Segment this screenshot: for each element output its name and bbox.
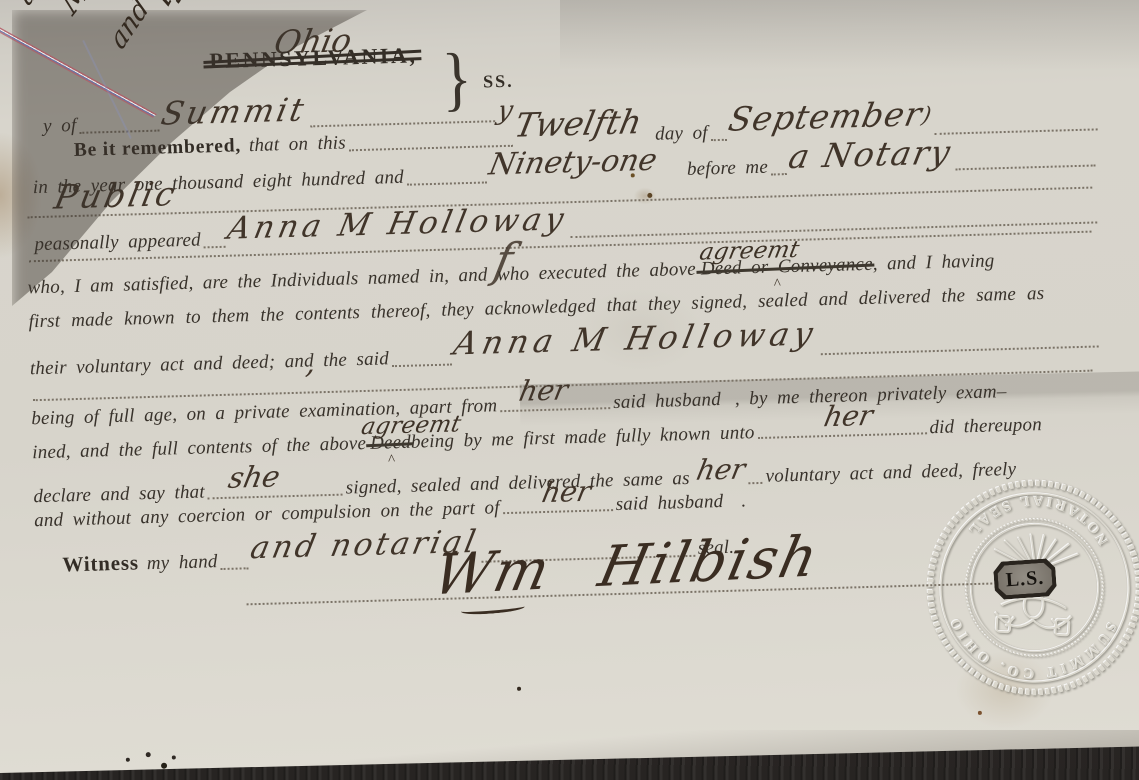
exam-printed-b: said husband [613,389,721,414]
ls-label: L.S. [1005,566,1045,592]
day-handwriting: Twelfth [511,102,645,145]
contents-printed-b: being by me first made fully known unto [411,422,755,454]
ink-speck [126,758,130,762]
contents-printed-a: ined, and the full contents of the above [32,433,366,464]
dotted-leader: her [500,405,610,412]
dotted-leader: her [758,430,927,439]
fold-writing-fragment: u [12,0,43,13]
said-name-handwriting: Anna M Holloway [451,314,822,362]
ink-speck [146,752,151,757]
dotted-leader [955,162,1095,170]
contents-printed-c: did thereupon [929,414,1042,439]
dotted-leader [221,565,249,570]
dotted-leader [821,343,1099,355]
she-handwriting: she [226,459,284,495]
coercion-printed-b: said husband [615,491,723,516]
dotted-leader [749,480,763,484]
photo-scene: SUMMIT CO. OHIO NOTARIAL SEAL Oh [0,0,1139,780]
witness-bold: Witness [62,550,139,577]
fold-writing-fragment: and [104,0,155,56]
dotted-leader: her [503,507,613,514]
her-handwriting: her [694,452,749,487]
para1-printed-a: who, I am satisfied, are the Individuals… [27,259,696,300]
witness-printed: my hand [147,551,218,575]
month-handwriting: September [725,94,926,139]
fold-writing-fragment: Mil [52,0,111,23]
before-me-printed: before me [687,157,769,181]
stain-speck [631,173,635,177]
appeared-line: peasonally appeared Anna M Holloway [34,192,1101,258]
officer-handwriting: a Notary [786,132,956,176]
para1-printed-b: , and I having [872,250,994,275]
inserted-word-handwriting: agreemt [359,411,463,440]
ink-speck [517,687,521,691]
her-handwriting: her [821,399,876,434]
stain-speck [647,193,652,198]
dotted-leader: she [208,492,343,500]
ls-stamp-text: L.S. [997,562,1053,596]
para1-struck-text: Deed or Conveyance agreemt ^ [701,254,873,281]
dotted-leader [407,179,487,185]
ink-speck [172,755,176,759]
ink-speck [161,763,167,769]
inserted-word-handwriting: agreemt [698,237,802,266]
declare-printed-a: declare and say that [33,481,205,508]
dotted-leader [392,362,452,368]
coercion-period: . [741,490,747,512]
her-handwriting: her [517,373,572,408]
ls-stamp: L.S. [993,558,1057,600]
declare-printed-c: voluntary act and deed, freely [765,459,1016,488]
ledger-margin-rule [0,24,169,125]
her-handwriting: her [539,475,594,510]
contents-struck-text: Deed agreemt ^ [370,432,411,455]
dotted-leader [204,244,226,249]
day-of-printed: day of [655,122,708,145]
rust-speck [978,711,982,715]
said-printed: their voluntary act and deed; and the sa… [30,348,390,380]
